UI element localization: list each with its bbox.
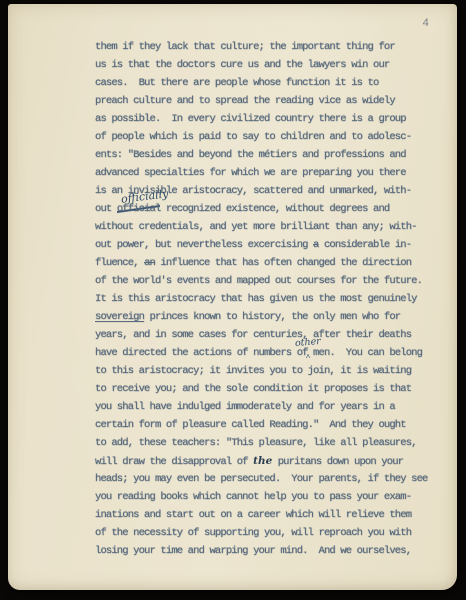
typed-line: It is this aristocracy that has given us… — [95, 290, 445, 308]
typed-line: without credentials, and yet more brilli… — [95, 218, 445, 236]
typed-text: of the necessity of supporting you, will… — [95, 527, 411, 539]
typed-line: of the world's events and mapped out cou… — [95, 272, 445, 290]
typed-text: you shall have indulged immoderately and… — [95, 401, 395, 413]
typed-text: losing your time and warping your mind. … — [95, 545, 411, 557]
typed-line: cases. But there are people whose functi… — [95, 74, 445, 92]
typed-text: fluence, — [95, 257, 144, 269]
typed-line: preach culture and to spread the reading… — [95, 92, 445, 110]
typed-text: advanced specialties for which we are pr… — [95, 167, 406, 179]
typed-text: It is this aristocracy that has given us… — [95, 293, 417, 305]
typed-line: losing your time and warping your mind. … — [95, 542, 445, 560]
typed-line: as possible. In every civilized country … — [95, 110, 445, 128]
typed-text: puritans down upon your — [272, 456, 403, 468]
insertion-group: other^ — [308, 344, 313, 362]
typed-text: recognized existence, without degrees an… — [160, 203, 389, 215]
typed-line: will draw the disapproval of the puritan… — [95, 452, 445, 470]
typed-text: out — [95, 203, 117, 215]
typed-text: you reading books which cannot help you … — [95, 491, 411, 503]
handwritten-word: the — [253, 455, 272, 467]
typed-line: have directed the actions of numbers of … — [95, 344, 445, 362]
underlined-word: sovereign — [95, 311, 144, 323]
typed-text: have directed the actions of numbers of — [95, 347, 308, 359]
typed-text: heads; you may even be persecuted. Your … — [95, 473, 428, 485]
typed-line: you reading books which cannot help you … — [95, 488, 445, 506]
typed-line: ents: "Besides and beyond the métiers an… — [95, 146, 445, 164]
typed-line: of people which is paid to say to childr… — [95, 128, 445, 146]
typed-text: of the world's events and mapped out cou… — [95, 275, 422, 287]
typed-text: of people which is paid to say to childr… — [95, 131, 411, 143]
typed-line: heads; you may even be persecuted. Your … — [95, 470, 445, 488]
typed-line: you shall have indulged immoderately and… — [95, 398, 445, 416]
correction-group: officialofficially — [117, 200, 161, 218]
typed-line: of the necessity of supporting you, will… — [95, 524, 445, 542]
typed-text: influence that has often changed the dir… — [155, 257, 411, 269]
typed-text: out power, but nevertheless excercising — [95, 239, 313, 251]
typed-text: as possible. In every civilized country … — [95, 113, 406, 125]
typed-line: fluence, an influence that has often cha… — [95, 254, 445, 272]
typed-line: to add, these teachers: "This pleasure, … — [95, 434, 445, 452]
typed-text: them if they lack that culture; the impo… — [95, 41, 395, 53]
typed-text: cases. But there are people whose functi… — [95, 77, 378, 89]
typed-line: advanced specialties for which we are pr… — [95, 164, 445, 182]
typed-line: to receive you; and the sole condition i… — [95, 380, 445, 398]
typed-line: us is that the doctors cure us and the l… — [95, 56, 445, 74]
typed-line: inations and start out on a career which… — [95, 506, 445, 524]
typed-text: considerable in- — [319, 239, 412, 251]
typed-line: out officialofficially recognized existe… — [95, 200, 445, 218]
typed-text: ents: "Besides and beyond the métiers an… — [95, 149, 406, 161]
typed-text: years, and in some cases for centuries, … — [95, 329, 411, 341]
typed-line: sovereign princes known to history, the … — [95, 308, 445, 326]
typed-text: preach culture and to spread the reading… — [95, 95, 395, 107]
typescript-page: 4 them if they lack that culture; the im… — [8, 4, 457, 590]
typed-line: out power, but nevertheless excercising … — [95, 236, 445, 254]
typed-text: will draw the disapproval of — [95, 456, 253, 468]
typed-text: inations and start out on a career which… — [95, 509, 411, 521]
typed-lines: them if they lack that culture; the impo… — [95, 38, 445, 560]
typed-text: without credentials, and yet more brilli… — [95, 221, 417, 233]
page-number: 4 — [422, 18, 429, 30]
typed-text: us is that the doctors cure us and the l… — [95, 59, 389, 71]
strikethrough-text: an — [144, 257, 155, 269]
typed-line: them if they lack that culture; the impo… — [95, 38, 445, 56]
typed-text: to receive you; and the sole condition i… — [95, 383, 411, 395]
typed-text: men. You can belong — [313, 347, 422, 359]
caret-mark: ^ — [306, 350, 310, 368]
typed-text: certain form of pleasure called Reading.… — [95, 419, 406, 431]
typed-line: years, and in some cases for centuries, … — [95, 326, 445, 344]
typed-line: to this aristocracy; it invites you to j… — [95, 362, 445, 380]
typed-text: to add, these teachers: "This pleasure, … — [95, 437, 417, 449]
typed-line: certain form of pleasure called Reading.… — [95, 416, 445, 434]
typed-text: to this aristocracy; it invites you to j… — [95, 365, 411, 377]
typed-text: princes known to history, the only men w… — [144, 311, 400, 323]
